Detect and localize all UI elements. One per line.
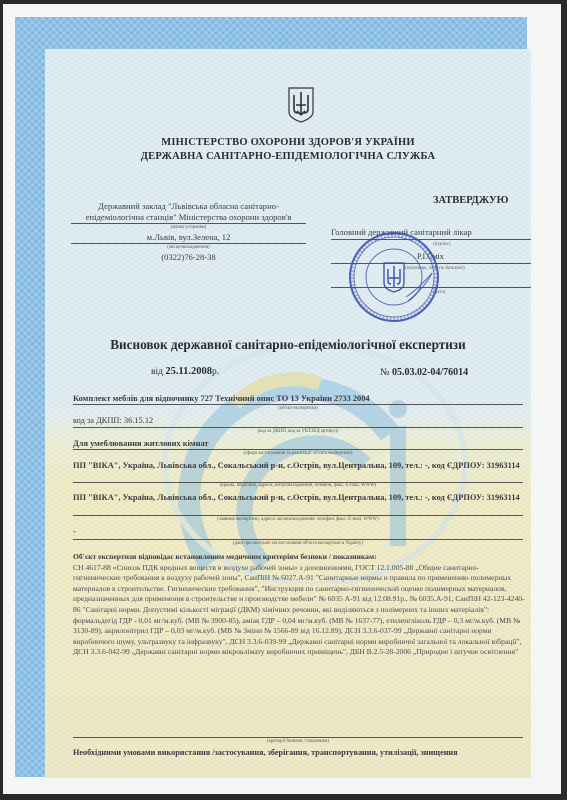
document-title: Висновок державної санітарно-епідеміолог…: [45, 337, 531, 353]
institution-phone: (0322)76-28-38: [71, 252, 306, 263]
institution-address: м.Львів, вул.Зелена, 12: [71, 232, 306, 244]
institution-block: Державний заклад "Львівська обласна сані…: [71, 201, 306, 263]
document-number: № 05.03.02-04/76014: [380, 367, 468, 378]
applicant: ПП "ВІКА", Україна, Львівська обл., Сока…: [73, 492, 523, 503]
supply-contract: -: [73, 526, 523, 537]
field-rule: [73, 404, 523, 405]
institution-name-caption: (назва установи): [71, 224, 306, 232]
criteria-caption: (критерії безпеки / показники): [73, 739, 523, 744]
approval-heading: ЗАТВЕРДЖУЮ: [433, 195, 509, 206]
issue-date: від 25.11.2008р.: [151, 366, 219, 377]
product-code: код за ДКПП: 36.15.12: [73, 415, 523, 426]
ministry-name: МІНІСТЕРСТВО ОХОРОНИ ЗДОРОВ'Я УКРАЇНИ: [45, 137, 531, 148]
service-name: ДЕРЖАВНА САНІТАРНО-ЕПІДЕМІОЛОГІЧНА СЛУЖБ…: [45, 151, 531, 162]
application-scope: Для умеблювання житлових кімнат: [73, 438, 523, 449]
institution-name: Державний заклад "Львівська обласна сані…: [71, 201, 306, 224]
expertise-object-caption: (об'єкт експертизи): [73, 406, 523, 411]
date-prefix: від: [151, 367, 163, 377]
field-rule: [73, 515, 523, 516]
application-scope-caption: (сфера застосування та реалізації об'єкт…: [73, 451, 523, 456]
field-rule: [73, 449, 523, 450]
manufacturer: ПП "ВІКА", Україна, Львівська обл., Сока…: [73, 460, 523, 471]
criteria-section: Об'єкт експертизи відповідає встановлени…: [73, 552, 525, 658]
certificate-sheet: МІНІСТЕРСТВО ОХОРОНИ ЗДОРОВ'Я УКРАЇНИ ДЕ…: [3, 4, 561, 794]
date-value: 25.11.2008: [165, 366, 212, 377]
ukraine-trident-icon: [288, 87, 314, 123]
document-body: МІНІСТЕРСТВО ОХОРОНИ ЗДОРОВ'Я УКРАЇНИ ДЕ…: [45, 49, 531, 778]
official-stamp-icon: [348, 231, 440, 323]
criteria-text: СН 4617-88 «Список ПДК вредных веществ в…: [73, 563, 525, 657]
criteria-rule: [73, 737, 523, 738]
supply-contract-caption: (дані про контракт на постачання об'єкта…: [73, 541, 523, 546]
date-suffix: р.: [212, 367, 219, 377]
manufacturer-caption: (країна, виробник, адреса, місцезнаходже…: [73, 483, 523, 488]
criteria-heading: Об'єкт експертизи відповідає встановлени…: [73, 552, 377, 561]
conditions-heading: Необхідними умовами використання /застос…: [73, 748, 531, 757]
institution-address-caption: (місцезнаходження): [71, 244, 306, 252]
number-value: 05.03.02-04/76014: [392, 367, 468, 378]
field-rule: [73, 539, 523, 540]
applicant-caption: (заявник експертизи, адреса, місцезнаход…: [73, 517, 523, 522]
field-rule: [73, 427, 523, 428]
product-code-caption: (код за ДКПП, код за УКТЗЕД артикул): [73, 429, 523, 434]
expertise-object: Комплект меблів для відпочинку 727 Техні…: [73, 393, 523, 404]
number-prefix: №: [380, 367, 390, 378]
